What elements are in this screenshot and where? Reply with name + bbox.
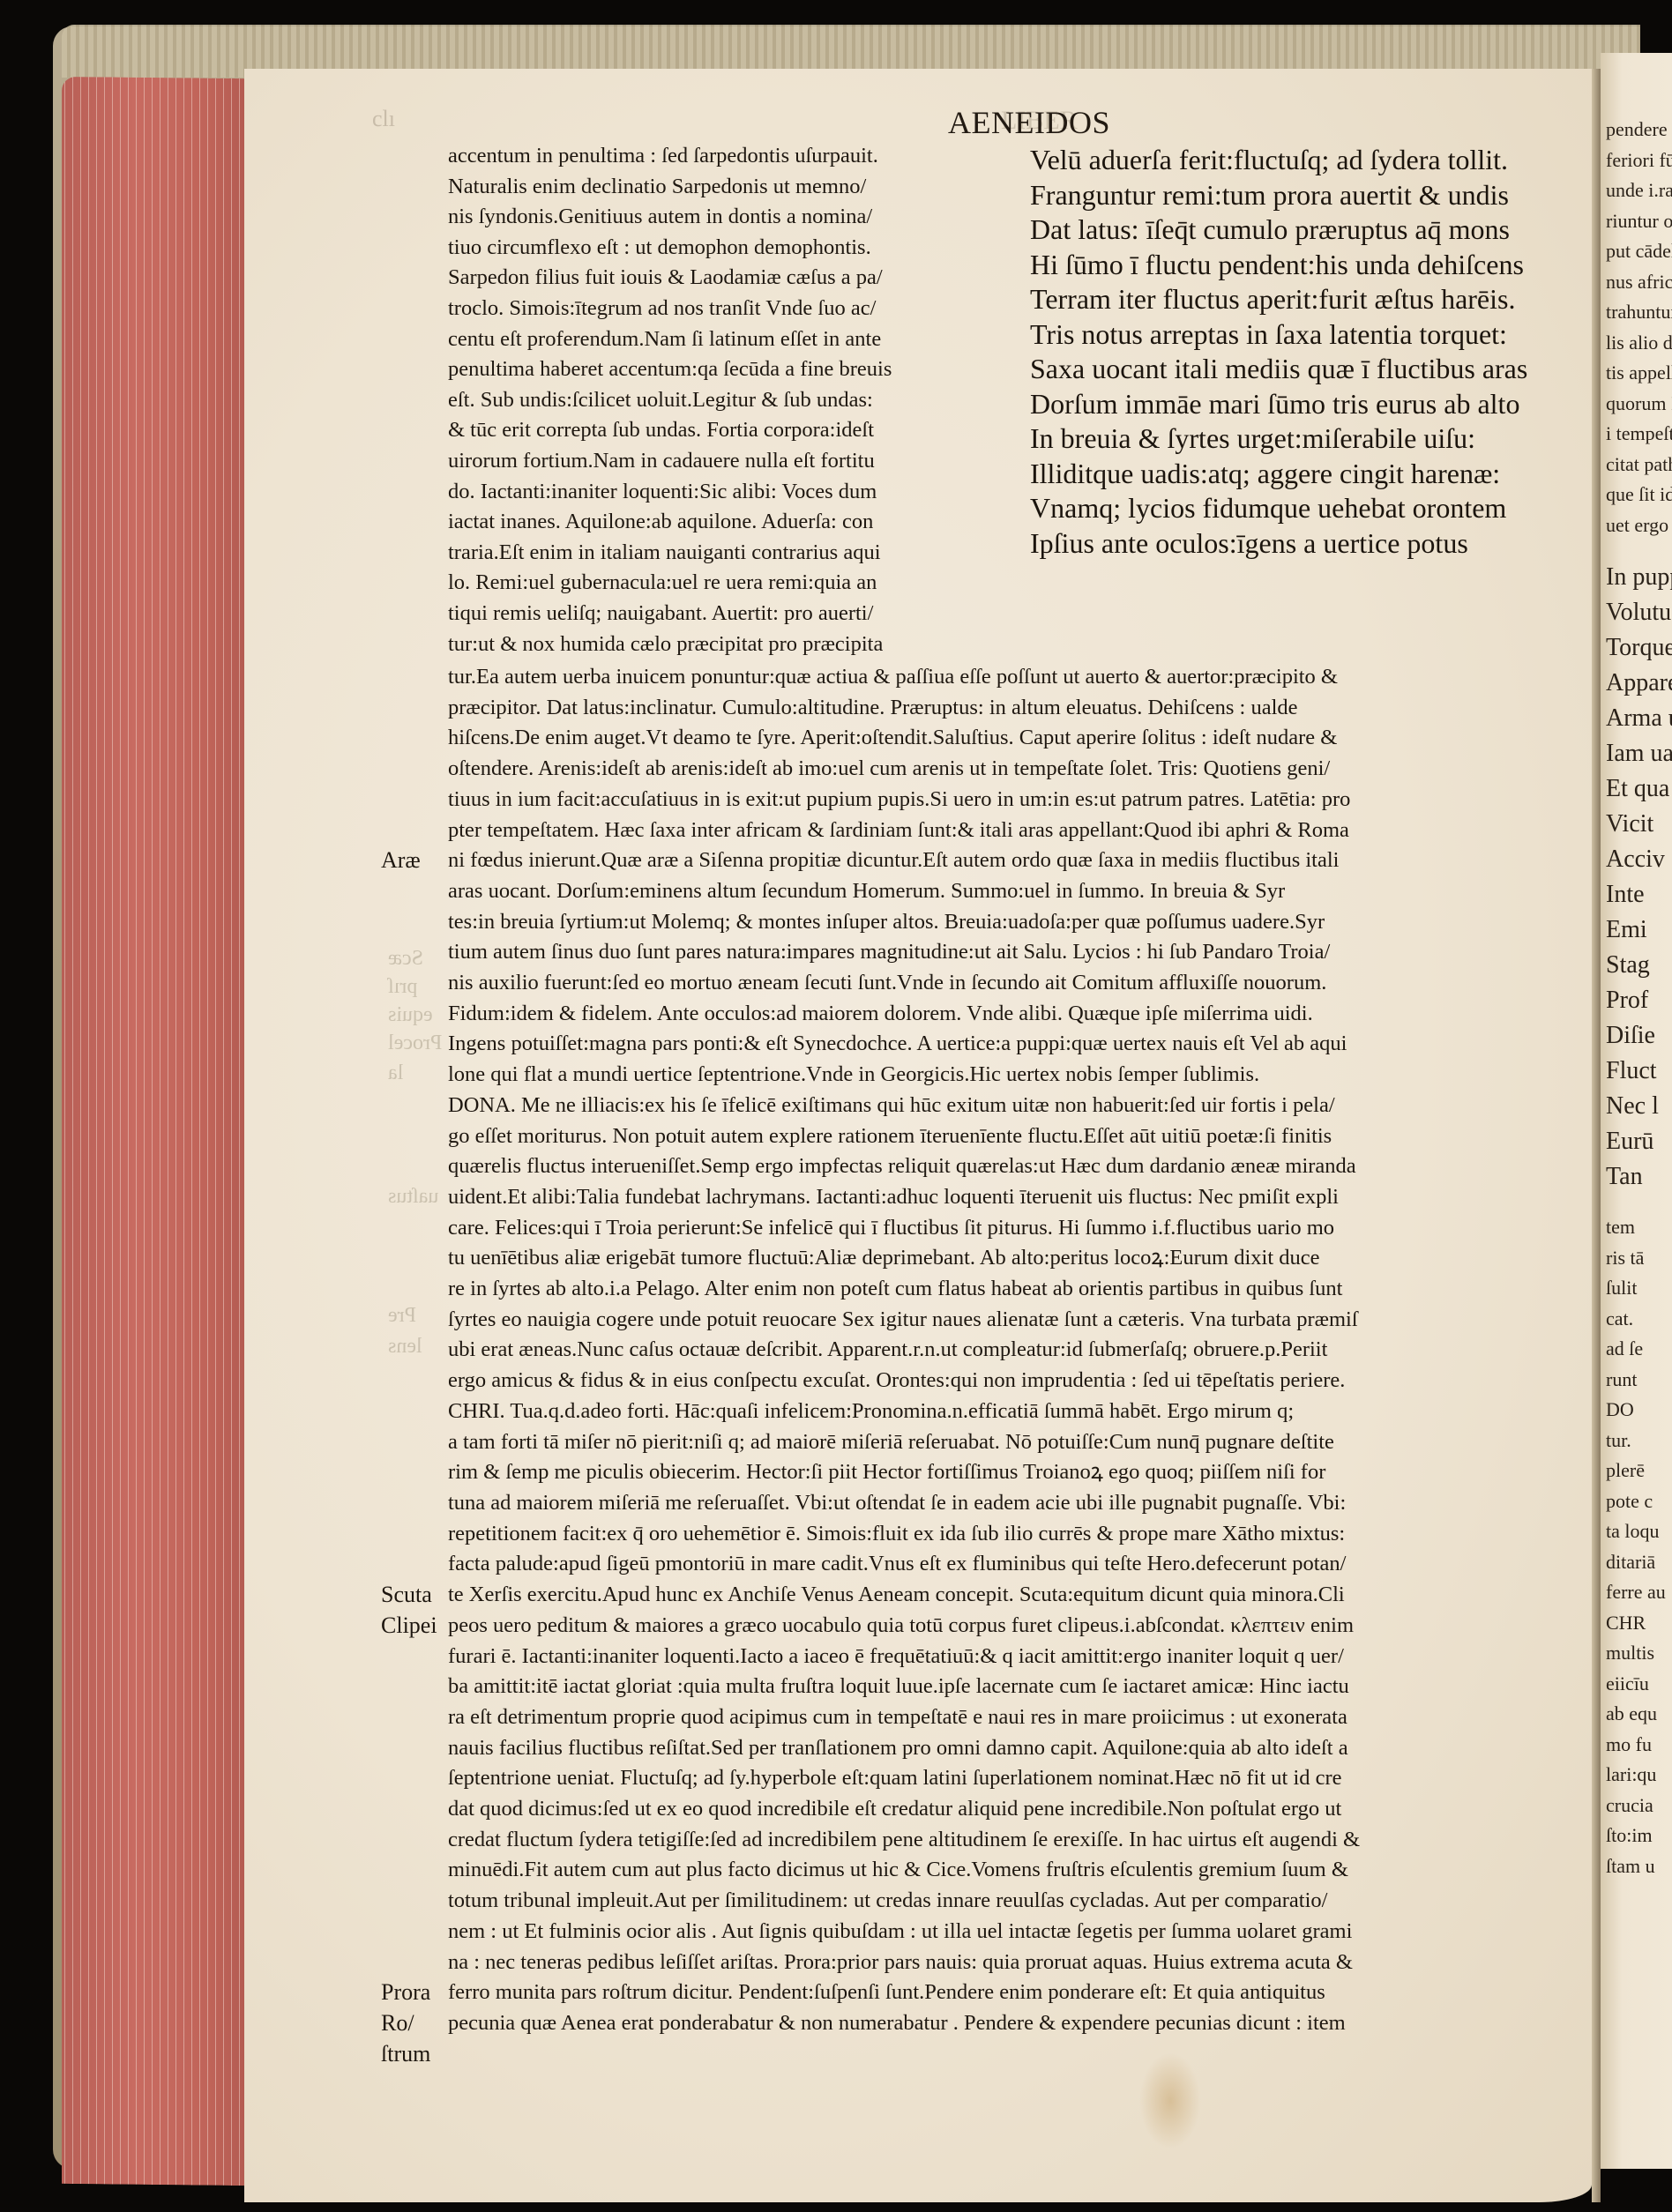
commentary-column-top: accentum in penultima : ſed ſarpedontis …: [448, 141, 1030, 659]
verse-block: Velū aduerſa ferit:fluctuſq; ad ſydera t…: [1030, 143, 1594, 561]
right-commentary-line: runt: [1601, 1365, 1672, 1396]
verse-line: Franguntur remi:tum prora auertit & undi…: [1030, 178, 1594, 213]
showthrough-note: la: [388, 1058, 403, 1088]
commentary-line: ni fœdus inierunt.Quæ aræ a Siſenna prop…: [448, 845, 1594, 876]
right-commentary-line: tur.: [1601, 1426, 1672, 1456]
commentary-line: repetitionem facit:ex q̄ oro uehemētior …: [448, 1519, 1594, 1550]
commentary-line: tur:ut & nox humida cælo præcipitat pro …: [448, 629, 1030, 660]
showthrough-note: equis: [388, 1000, 433, 1030]
right-verse-line: Acciv: [1601, 842, 1672, 877]
right-commentary-line: CHR: [1601, 1608, 1672, 1639]
water-stain: [1139, 2052, 1201, 2149]
right-verse-line: Stag: [1601, 948, 1672, 983]
right-commentary-line: pote c: [1601, 1486, 1672, 1517]
commentary-line: te Xerſis exercitu.Apud hunc ex Anchiſe …: [448, 1580, 1594, 1611]
commentary-line: traria.Eſt enim in italiam nauiganti con…: [448, 538, 1030, 569]
right-commentary-line: ſto:im: [1601, 1821, 1672, 1851]
commentary-line: oſtendere. Arenis:ideſt ab arenis:ideſt …: [448, 754, 1594, 785]
right-verse-line: Emi: [1601, 912, 1672, 948]
verse-line: Terram iter fluctus aperit:furit æſtus h…: [1030, 282, 1594, 317]
red-fore-edge: [62, 77, 244, 2186]
commentary-line: rim & ſemp me piculis obiecerim. Hector:…: [448, 1457, 1594, 1488]
right-commentary-line: ab equ: [1601, 1699, 1672, 1730]
commentary-line: centu eſt proferendum.Nam ſi latinum eſſ…: [448, 324, 1030, 355]
commentary-line: pter tempeſtatem. Hæc ſaxa inter africam…: [448, 816, 1594, 846]
commentary-line: ra eſt detrimentum proprie quod acipimus…: [448, 1702, 1594, 1733]
commentary-line: a tam forti tā miſer nō pierit:niſi q; a…: [448, 1427, 1594, 1458]
commentary-line: furari ē. Iactanti:inaniter loquenti.Iac…: [448, 1642, 1594, 1672]
commentary-line: accentum in penultima : ſed ſarpedontis …: [448, 141, 1030, 172]
commentary-line: lone qui flat a mundi uertice ſeptentrio…: [448, 1060, 1594, 1091]
commentary-line: do. Iactanti:inaniter loquenti:Sic alibi…: [448, 477, 1030, 508]
right-commentary-line: nus africā: [1601, 267, 1672, 298]
right-commentary-line: tem: [1601, 1212, 1672, 1243]
showthrough-note: uaſtus: [388, 1181, 438, 1211]
commentary-line: tur.Ea autem uerba inuicem ponuntur:quæ …: [448, 662, 1594, 693]
commentary-line: nem : ut Et fulminis ocior alis . Aut ſi…: [448, 1917, 1594, 1948]
showthrough-note: Procel: [388, 1028, 442, 1058]
verse-line: Tris notus arreptas in ſaxa latentia tor…: [1030, 317, 1594, 353]
right-verse-line: Prof: [1601, 983, 1672, 1018]
commentary-line: nis auxilio fuerunt:ſed eo mortuo æneam …: [448, 968, 1594, 999]
commentary-line: pecunia quæ Aenea erat ponderabatur & no…: [448, 2008, 1594, 2039]
right-commentary-line: i tempeſta: [1601, 419, 1672, 450]
commentary-line: ferro munita pars roſtrum dicitur. Pende…: [448, 1977, 1594, 2008]
verse-line: Ipſius ante oculos:īgens a uertice potus: [1030, 526, 1594, 562]
commentary-line: DONA. Me ne illiacis:ex his ſe īfelicē e…: [448, 1091, 1594, 1121]
right-commentary-line: ferre au: [1601, 1577, 1672, 1608]
margin-note: Aræ: [381, 845, 421, 875]
commentary-line: nis ſyndonis.Genitiuus autem in dontis a…: [448, 202, 1030, 233]
right-commentary-line: cat.: [1601, 1304, 1672, 1335]
commentary-line: na : nec teneras pedibus leſiſſet ariſta…: [448, 1948, 1594, 1978]
commentary-line: ſeptentrione ueniat. Fluctuſq; ad ſy.hyp…: [448, 1763, 1594, 1794]
right-commentary-line: eiicīu: [1601, 1669, 1672, 1700]
commentary-line: care. Felices:qui ī Troia perierunt:Se i…: [448, 1213, 1594, 1244]
right-verse-line: Fluct: [1601, 1054, 1672, 1089]
commentary-line: tiuo circumflexo eſt : ut demophon demop…: [448, 233, 1030, 264]
commentary-line: dat quod dicimus:ſed ut ex eo quod incre…: [448, 1794, 1594, 1825]
right-commentary-line: put cādela: [1601, 236, 1672, 267]
right-commentary-line: uet ergo: [1601, 510, 1672, 541]
verse-line: Hi ſūmo ī fluctu pendent:his unda dehiſc…: [1030, 248, 1594, 283]
commentary-line: hiſcens.De enim auget.Vt deamo te ſyre. …: [448, 723, 1594, 754]
right-commentary-line: multis: [1601, 1638, 1672, 1669]
commentary-line: tiuus in ium facit:accuſatiuus in is exi…: [448, 785, 1594, 816]
verse-line: Dat latus: īſeq̄t cumulo præruptus aq̄ m…: [1030, 212, 1594, 248]
commentary-line: ubi erat æneas.Nunc caſus octauæ deſcrib…: [448, 1335, 1594, 1366]
commentary-line: eſt. Sub undis:ſcilicet uoluit.Legitur &…: [448, 385, 1030, 416]
right-page-text: pendere poferiori fūdunde i.ra Sriuntur …: [1601, 53, 1672, 1881]
commentary-line: tes:in breuia ſyrtium:ut Molemq; & monte…: [448, 907, 1594, 938]
commentary-line: aras uocant. Dorſum:eminens altum ſecund…: [448, 876, 1594, 907]
showthrough-note: Scæ: [388, 943, 423, 973]
commentary-line: totum tribunal impleuit.Aut per ſimilitu…: [448, 1886, 1594, 1917]
commentary-line: ergo amicus & fidus & in eius conſpectu …: [448, 1366, 1594, 1396]
commentary-line: ba amittit:itē iactat gloriat :quia mult…: [448, 1672, 1594, 1702]
right-page: pendere poferiori fūdunde i.ra Sriuntur …: [1601, 53, 1672, 2169]
commentary-full-width: tur.Ea autem uerba inuicem ponuntur:quæ …: [448, 662, 1594, 2039]
right-commentary-line: unde i.ra S: [1601, 175, 1672, 206]
commentary-line: tuna ad maiorem miſeriā me reſeruaſſet. …: [448, 1488, 1594, 1519]
verse-line: Illiditque uadis:atq; aggere cingit hare…: [1030, 457, 1594, 492]
right-verse-line: Appare: [1601, 666, 1672, 701]
commentary-line: iactat inanes. Aquilone:ab aquilone. Adu…: [448, 507, 1030, 538]
commentary-line: quærelis fluctus interueniſſet.Semp ergo…: [448, 1151, 1594, 1182]
right-commentary-line: ſtam u: [1601, 1851, 1672, 1882]
right-verse-line: Arma u: [1601, 701, 1672, 736]
right-commentary-line: DO: [1601, 1395, 1672, 1426]
commentary-line: go eſſet moriturus. Non potuit autem exp…: [448, 1121, 1594, 1152]
right-commentary-line: quorum I: [1601, 389, 1672, 420]
folio-showthrough: clı: [372, 106, 395, 132]
commentary-line: re in ſyrtes ab alto.i.a Pelago. Alter e…: [448, 1274, 1594, 1305]
right-commentary-line: mo fu: [1601, 1730, 1672, 1761]
right-commentary-line: riuntur oſ: [1601, 206, 1672, 237]
commentary-line: CHRI. Tua.q.d.adeo forti. Hāc:quaſi infe…: [448, 1396, 1594, 1427]
right-commentary-line: citat path: [1601, 450, 1672, 480]
margin-note: Ro/: [381, 2008, 414, 2038]
commentary-line: minuēdi.Fit autem cum aut plus facto dic…: [448, 1855, 1594, 1886]
right-commentary-line: lis alio dep: [1601, 328, 1672, 359]
right-verse-line: Et qua: [1601, 771, 1672, 807]
running-head: AENEIDOS: [948, 104, 1110, 141]
right-verse-line: Inte: [1601, 877, 1672, 912]
commentary-line: penultima haberet accentum:qa ſecūda a f…: [448, 354, 1030, 385]
verse-line: Velū aduerſa ferit:fluctuſq; ad ſydera t…: [1030, 143, 1594, 178]
commentary-line: ſyrtes eo nauigia cogere unde potuit reu…: [448, 1305, 1594, 1336]
right-commentary-line: trahuntur: [1601, 297, 1672, 328]
right-verse-line: Vicit: [1601, 807, 1672, 842]
commentary-line: uirorum fortium.Nam in cadauere nulla eſ…: [448, 446, 1030, 477]
commentary-line: credat fluctum ſydera tetigiſſe:ſed ad i…: [448, 1825, 1594, 1856]
commentary-line: lo. Remi:uel gubernacula:uel re uera rem…: [448, 568, 1030, 599]
right-verse-line: Iam ua: [1601, 736, 1672, 771]
right-verse-line: Eurū: [1601, 1124, 1672, 1159]
margin-note: Prora: [381, 1977, 430, 2007]
verse-line: Saxa uocant itali mediis quæ ī fluctibus…: [1030, 352, 1594, 387]
margin-note: Clipei: [381, 1611, 437, 1641]
showthrough-note: lens: [388, 1331, 422, 1361]
right-commentary-line: ſulit: [1601, 1273, 1672, 1304]
verse-line: Dorſum immāe mari ſūmo tris eurus ab alt…: [1030, 387, 1594, 422]
commentary-line: tium autem ſinus duo ſunt pares natura:i…: [448, 937, 1594, 968]
verse-line: In breuia & ſyrtes urget:miſerabile uiſu…: [1030, 421, 1594, 457]
verse-line: Vnamq; lycios fidumque uehebat orontem: [1030, 491, 1594, 526]
right-commentary-line: tis appellat: [1601, 358, 1672, 389]
right-commentary-line: que ſit id: [1601, 480, 1672, 510]
commentary-line: facta palude:apud ſigeū pmontoriū in mar…: [448, 1549, 1594, 1580]
showthrough-note: prıſ: [388, 972, 417, 1002]
right-verse-line: Nec l: [1601, 1089, 1672, 1124]
commentary-line: præcipitor. Dat latus:inclinatur. Cumulo…: [448, 693, 1594, 724]
commentary-line: & tūc erit correpta ſub undas. Fortia co…: [448, 415, 1030, 446]
right-verse-line: Torque: [1601, 630, 1672, 666]
right-commentary-line: ta loqu: [1601, 1516, 1672, 1547]
commentary-line: tiqui remis ueliſq; nauigabant. Auertit:…: [448, 599, 1030, 629]
right-commentary-line: ad ſe: [1601, 1334, 1672, 1365]
showthrough-note: Pre: [388, 1300, 416, 1330]
commentary-line: tu uenīētibus aliæ erigebāt tumore fluct…: [448, 1243, 1594, 1274]
margin-note: Scuta: [381, 1580, 432, 1610]
right-commentary-line: feriori fūd: [1601, 145, 1672, 176]
right-commentary-line: ris tā: [1601, 1243, 1672, 1274]
commentary-line: peos uero peditum & maiores a græco uoca…: [448, 1611, 1594, 1642]
right-commentary-line: pendere po: [1601, 115, 1672, 145]
right-verse-line: Volutu: [1601, 595, 1672, 630]
commentary-line: troclo. Simois:ītegrum ad nos tranſit Vn…: [448, 294, 1030, 324]
commentary-line: Fidum:idem & fidelem. Ante occulos:ad ma…: [448, 999, 1594, 1030]
margin-note: ſtrum: [381, 2039, 430, 2069]
right-verse-line: Diſie: [1601, 1018, 1672, 1054]
right-commentary-line: lari:qu: [1601, 1760, 1672, 1791]
commentary-line: Ingens potuiſſet:magna pars ponti:& eſt …: [448, 1029, 1594, 1060]
right-verse-line: Tan: [1601, 1159, 1672, 1195]
commentary-line: Naturalis enim declinatio Sarpedonis ut …: [448, 172, 1030, 203]
commentary-line: uident.Et alibi:Talia fundebat lachryman…: [448, 1182, 1594, 1213]
right-commentary-line: crucia: [1601, 1791, 1672, 1821]
right-commentary-line: plerē: [1601, 1456, 1672, 1486]
right-verse-line: In pupp: [1601, 560, 1672, 595]
right-commentary-line: ditariā: [1601, 1547, 1672, 1578]
commentary-line: Sarpedon filius fuit iouis & Laodamiæ cæ…: [448, 263, 1030, 294]
commentary-line: nauis facilius fluctibus reſiſtat.Sed pe…: [448, 1733, 1594, 1764]
